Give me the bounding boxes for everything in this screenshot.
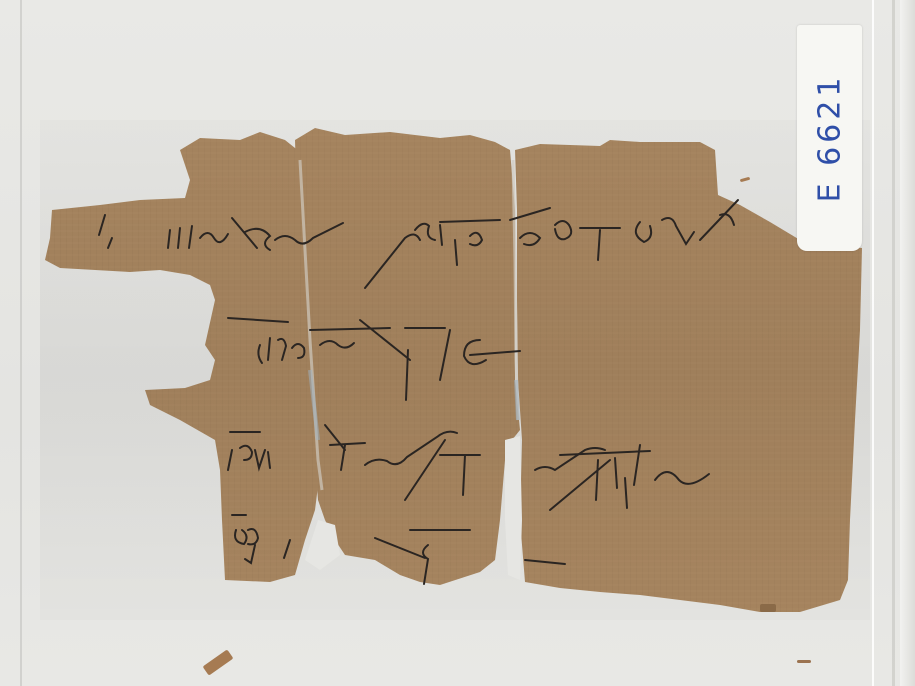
inventory-label: E 6621 bbox=[797, 25, 862, 251]
papyrus-fragment bbox=[0, 0, 915, 686]
inventory-number: E 6621 bbox=[812, 74, 847, 203]
papyrus-flake bbox=[760, 604, 776, 612]
papyrus-flake bbox=[797, 660, 811, 663]
papyrus-hole bbox=[505, 436, 522, 580]
